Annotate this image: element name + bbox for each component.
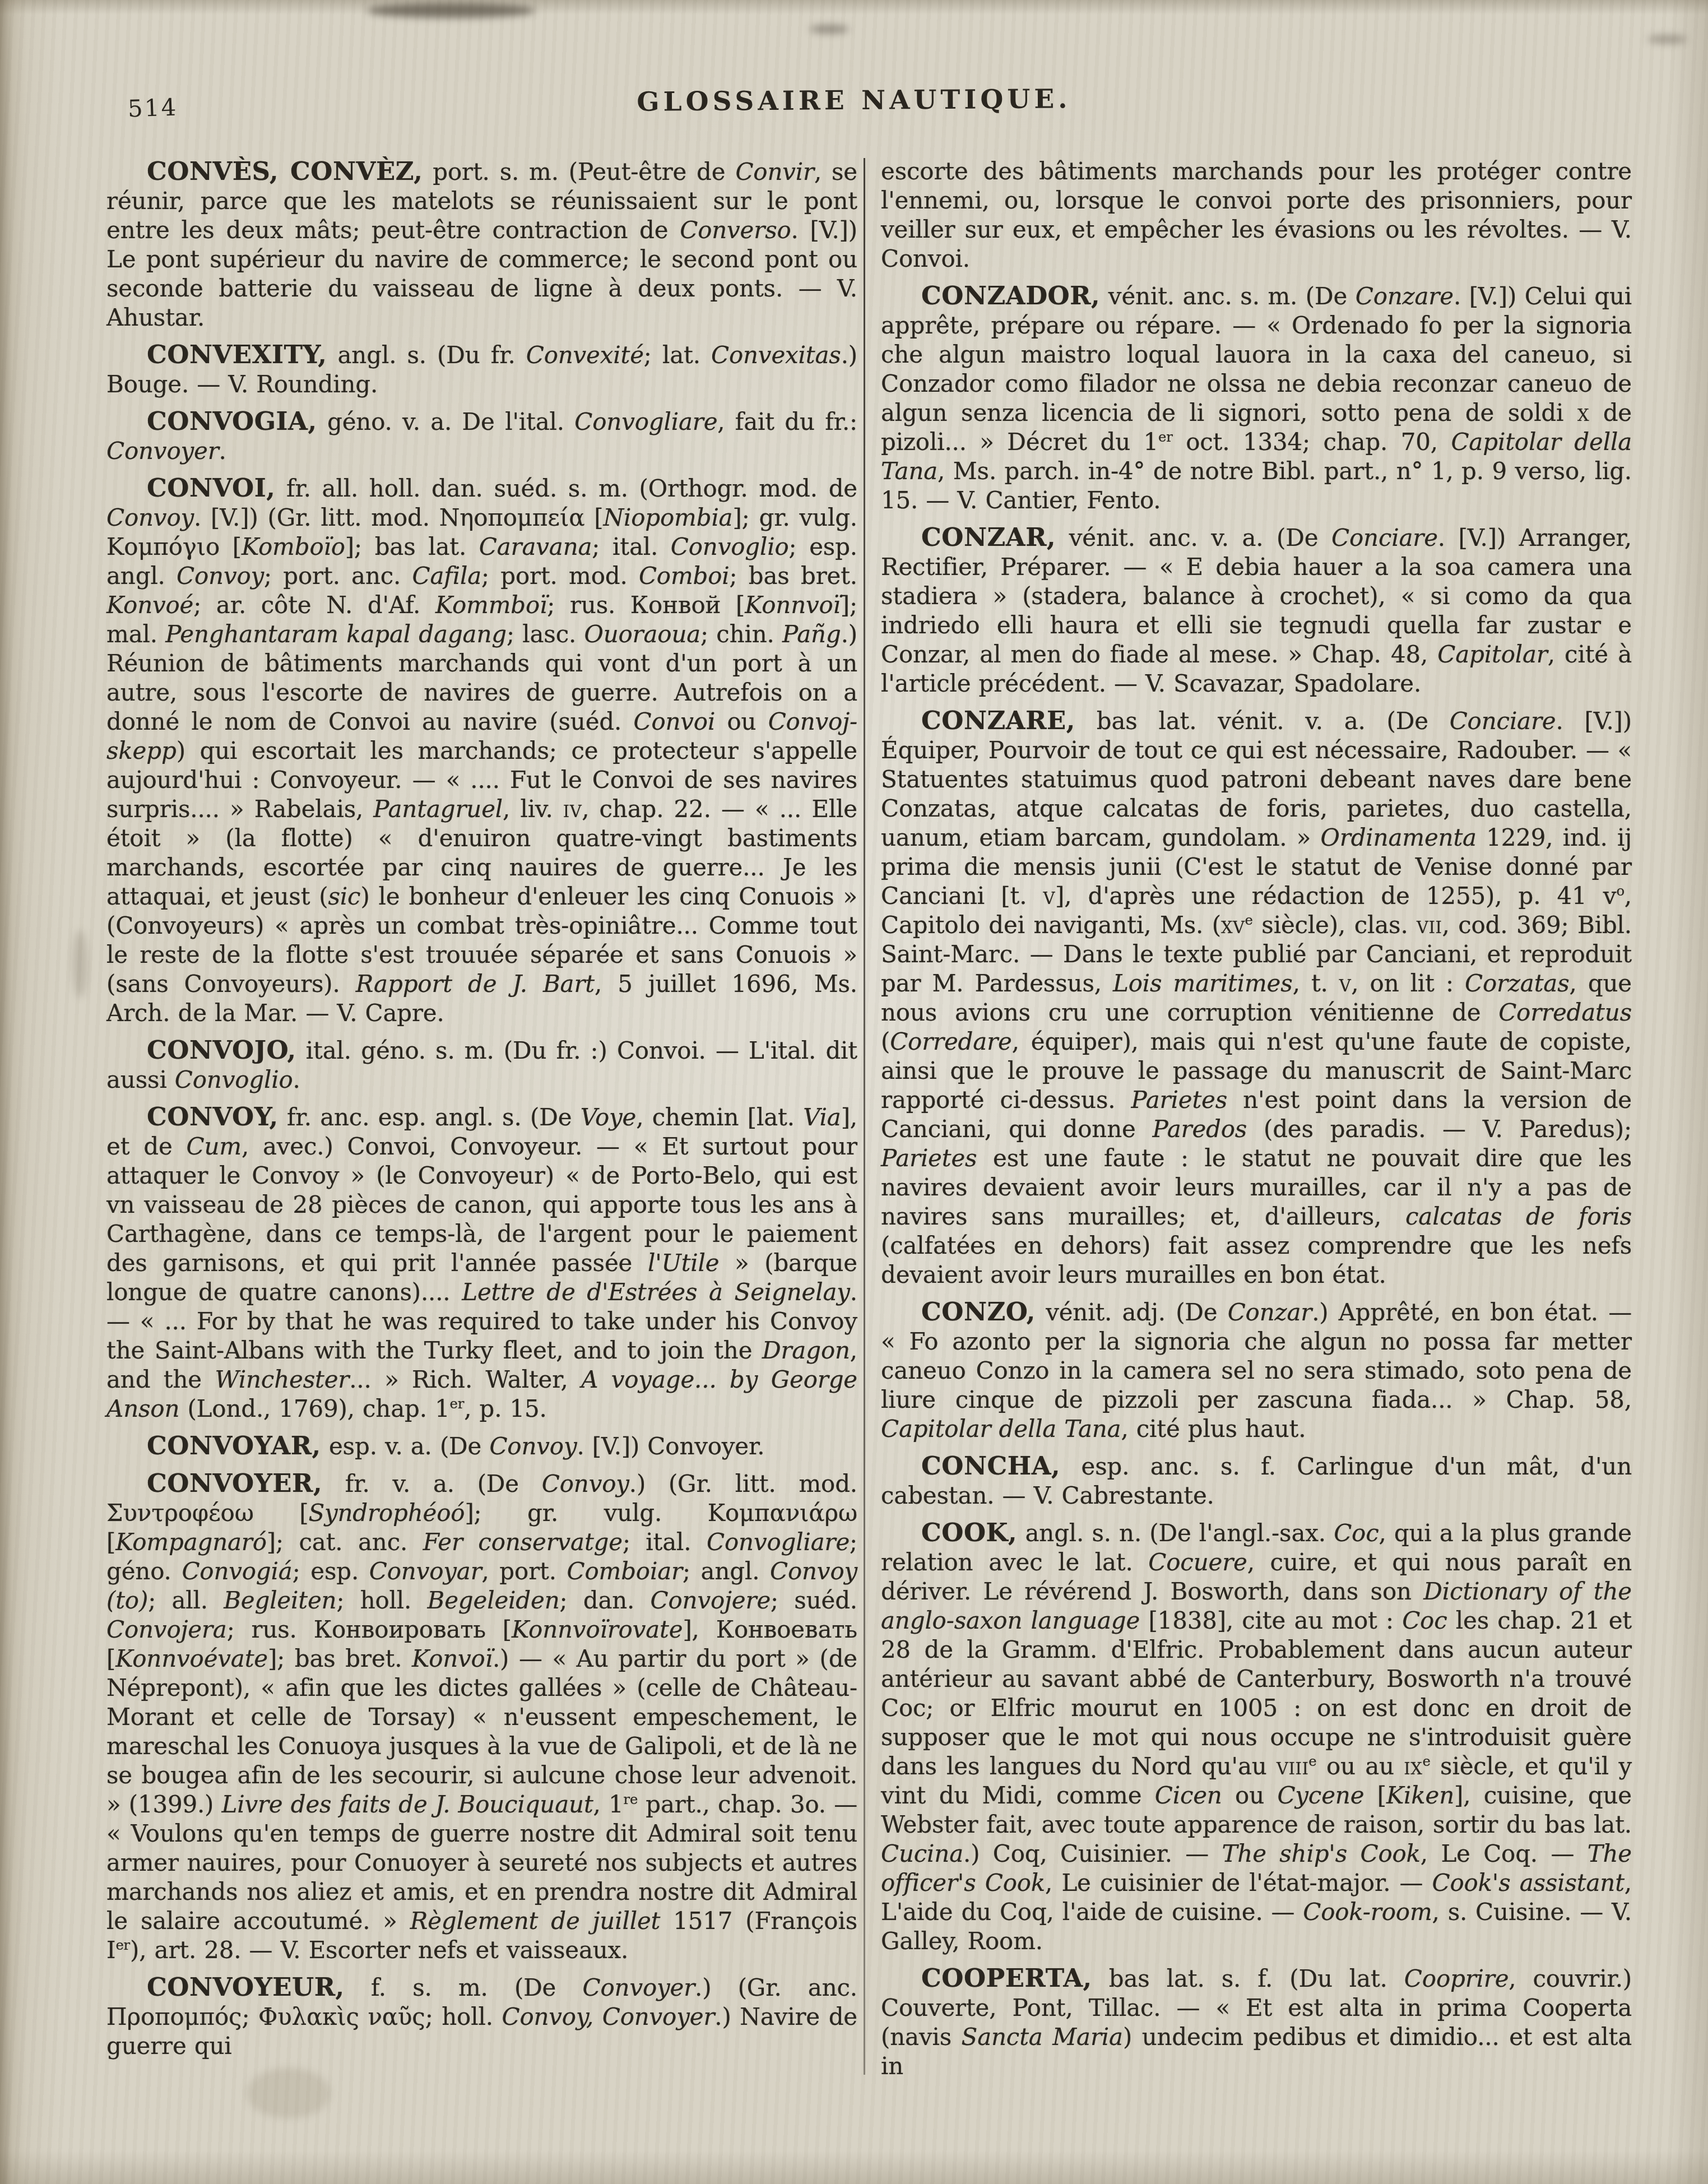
text-segment: , Ms. parch. in-4° de notre Bibl. part.,… <box>881 457 1632 514</box>
text-segment: siècle), clas. <box>1253 911 1417 939</box>
text-segment: ; dan. <box>560 1587 651 1614</box>
text-segment: bas lat. s. f. (Du lat. <box>1092 1965 1404 1992</box>
text-segment: fr. anc. esp. angl. s. (De <box>279 1103 581 1131</box>
text-segment: Cook's assistant <box>1432 1869 1624 1896</box>
text-segment: Penghantaram kapal dagang <box>165 620 507 648</box>
text-segment: angl. s. (Du fr. <box>327 341 526 369</box>
text-segment: Voye <box>581 1103 637 1131</box>
text-segment: Konnvoï <box>745 591 841 619</box>
text-segment: ; holl. <box>336 1587 427 1614</box>
text-segment: ; all. <box>148 1587 224 1614</box>
text-segment: , cité plus haut. <box>1121 1415 1306 1443</box>
page-title: GLOSSAIRE NAUTIQUE. <box>0 79 1708 122</box>
text-segment: ; esp. <box>293 1557 369 1585</box>
dictionary-entry-convoy: CONVOY, fr. anc. esp. angl. s. (De Voye,… <box>106 1102 857 1423</box>
scan-stain-bottom-left <box>247 2068 331 2118</box>
dictionary-entry-cooperta: COOPERTA, bas lat. s. f. (Du lat. Coopri… <box>881 1964 1632 2081</box>
text-segment: ou au <box>1317 1752 1404 1780</box>
text-segment: ]; cat. anc. <box>267 1528 423 1556</box>
text-segment: Pañg <box>782 620 841 648</box>
dictionary-entry-convoyer: CONVOYER, fr. v. a. (De Convoy.) (Gr. li… <box>106 1469 857 1965</box>
text-segment: ; port. anc. <box>264 562 412 590</box>
text-segment: [ <box>1364 1782 1386 1809</box>
text-segment: Sancta Maria <box>962 2023 1123 2051</box>
text-segment: vii <box>1417 911 1442 939</box>
text-segment: esp. v. a. (De <box>321 1432 490 1460</box>
dictionary-entry-cook: COOK, angl. s. n. (De l'angl.-sax. Coc, … <box>881 1518 1632 1956</box>
text-segment: v <box>1339 970 1351 997</box>
text-segment: Convoyer <box>583 1974 695 2001</box>
text-segment: , t. <box>1293 970 1339 997</box>
text-segment: Via <box>803 1103 841 1131</box>
text-segment: xv <box>1221 911 1245 939</box>
text-segment: Cicen <box>1155 1782 1222 1809</box>
text-segment: vénit. anc. v. a. (De <box>1056 524 1331 551</box>
text-segment: Convoyar <box>369 1557 482 1585</box>
text-segment: Niopombia <box>603 504 732 531</box>
text-segment: sic <box>328 883 361 910</box>
text-segment: ; lat. <box>644 341 711 369</box>
dictionary-entry-conves: CONVÈS, CONVÈZ, port. s. m. (Peut-être d… <box>106 157 857 332</box>
text-segment: Parietes <box>881 1144 977 1172</box>
text-segment: Cycene <box>1277 1782 1364 1809</box>
text-segment: bas lat. vénit. v. a. (De <box>1075 707 1450 735</box>
entry-headword: CONVOJO, <box>147 1035 296 1065</box>
text-segment: Convoglio <box>671 533 789 560</box>
dictionary-entry-convoyeur: CONVOYEUR, f. s. m. (De Convoyer.) (Gr. … <box>106 1973 857 2061</box>
text-segment: Convir <box>735 158 814 186</box>
text-segment: .) Coq, Cuisinier. — <box>963 1840 1222 1867</box>
text-segment: Fer conservatge <box>423 1528 623 1556</box>
text-segment: Convojere <box>651 1587 771 1614</box>
text-segment: er <box>449 1395 464 1412</box>
entry-headword: COOPERTA, <box>921 1963 1092 1993</box>
text-segment: oct. 1334; chap. 70, <box>1173 428 1451 456</box>
text-segment: Convoy <box>177 562 264 590</box>
text-segment: Convogliare <box>574 408 717 435</box>
text-segment: (calfatées en dehors) fait assez compren… <box>881 1232 1632 1288</box>
text-segment: Syndrophéoó <box>308 1499 465 1527</box>
text-segment: Corredatus <box>1498 999 1632 1026</box>
text-segment: ; bas bret. <box>730 562 857 590</box>
text-segment: Cucina <box>881 1840 963 1867</box>
text-segment: ; ar. côte N. d'Af. <box>193 591 435 619</box>
text-segment: Kompagnaró <box>115 1528 267 1556</box>
text-segment: Conciare <box>1331 524 1438 551</box>
text-segment: ; rus. Конвоировать [ <box>227 1616 512 1643</box>
text-segment: iv <box>563 795 582 823</box>
text-segment: ( <box>881 1028 890 1055</box>
text-segment: Conzare <box>1356 282 1454 310</box>
text-segment: Winchester <box>215 1366 350 1393</box>
text-segment: Dragon <box>762 1337 850 1364</box>
column-divider-rule <box>864 158 865 2075</box>
text-segment: , Le Coq. — <box>1421 1840 1588 1867</box>
text-segment: ix <box>1404 1752 1422 1780</box>
text-segment: , 1 <box>593 1791 624 1818</box>
text-segment: Convoy <box>489 1432 577 1460</box>
dictionary-entry-conzador: CONZADOR, vénit. anc. s. m. (De Conzare.… <box>881 281 1632 515</box>
text-segment: , p. 15. <box>464 1395 546 1422</box>
text-segment: Komboïo <box>242 533 345 560</box>
text-segment: Lois maritimes <box>1113 970 1293 997</box>
dictionary-entry-convoyeur-suite: escorte des bâtiments marchands pour les… <box>881 157 1632 273</box>
text-segment: e <box>1245 912 1253 928</box>
right-column: escorte des bâtiments marchands pour les… <box>881 157 1632 2089</box>
text-segment: ), art. 28. — V. Escorter nefs et vaisse… <box>130 1936 628 1964</box>
text-segment: Convoy <box>542 1470 629 1497</box>
text-segment: Conciare <box>1450 707 1556 735</box>
text-segment: Cook-room <box>1303 1898 1432 1926</box>
text-segment: Caravana <box>479 533 592 560</box>
text-segment: , chemin [lat. <box>636 1103 803 1131</box>
text-segment: fr. v. a. (De <box>322 1470 542 1497</box>
text-segment: e <box>1308 1753 1316 1769</box>
text-segment: , port. <box>482 1557 567 1585</box>
entry-headword: CONVOI, <box>147 473 275 503</box>
text-segment: ; lasc. <box>507 620 584 648</box>
text-segment: vénit. adj. (De <box>1036 1299 1228 1326</box>
entry-headword: CONVOYER, <box>147 1468 322 1498</box>
text-segment: Pantagruel <box>373 795 503 823</box>
dictionary-entry-convoi: CONVOI, fr. all. holl. dan. suéd. s. m. … <box>106 474 857 1028</box>
dictionary-entry-convoyar: CONVOYAR, esp. v. a. (De Convoy. [V.]) C… <box>106 1431 857 1461</box>
text-segment: vénit. anc. s. m. (De <box>1100 282 1355 310</box>
dictionary-entry-convojo: CONVOJO, ital. géno. s. m. (Du fr. :) Co… <box>106 1036 857 1095</box>
text-segment: ], d'après une rédaction de 1255), p. 41… <box>1055 882 1616 910</box>
entry-headword: CONVEXITY, <box>147 340 327 369</box>
text-segment: l'Utile <box>648 1249 720 1277</box>
text-segment: Parietes <box>1131 1086 1227 1114</box>
text-segment: (Lond., 1769), chap. 1 <box>179 1395 449 1422</box>
text-segment: Konvoï <box>412 1645 493 1672</box>
dictionary-entry-convexity: CONVEXITY, angl. s. (Du fr. Convexité; l… <box>106 340 857 399</box>
text-segment: e <box>1422 1753 1430 1769</box>
text-segment: Conzar <box>1228 1299 1312 1326</box>
entry-headword: CONVÈS, CONVÈZ, <box>147 156 423 186</box>
text-segment: Capitolar <box>1437 641 1547 668</box>
text-segment: Convogliare <box>707 1528 850 1556</box>
text-segment: ... » Rich. Walter, <box>349 1366 581 1393</box>
text-segment: , liv. <box>503 795 563 823</box>
entry-headword: CONVOY, <box>147 1102 279 1132</box>
scan-mark-left-margin <box>73 930 87 998</box>
entry-headword: CONCHA, <box>921 1451 1060 1481</box>
text-segment: Convoi <box>633 708 715 735</box>
text-segment: (des paradis. — V. Paredus); <box>1247 1115 1632 1143</box>
dictionary-entry-convogia: CONVOGIA, géno. v. a. De l'ital. Convogl… <box>106 407 857 466</box>
left-column: CONVÈS, CONVÈZ, port. s. m. (Peut-être d… <box>106 157 857 2069</box>
text-segment: Rapport de J. Bart <box>356 970 595 998</box>
text-segment: ; chin. <box>700 620 782 648</box>
text-segment: Convoy, Convoyer <box>502 2003 714 2030</box>
text-segment: Convoyer <box>106 437 219 465</box>
entry-headword: CONVOGIA, <box>147 406 317 436</box>
text-segment: x <box>1577 399 1589 426</box>
text-segment: Convojera <box>106 1616 227 1643</box>
text-segment: Cocuere <box>1148 1548 1247 1576</box>
text-segment: ; ital. <box>592 533 670 560</box>
text-segment: fr. all. holl. dan. suéd. s. m. (Orthogr… <box>275 475 857 502</box>
text-segment: . [V.]) Convoyer. <box>577 1432 764 1460</box>
text-segment: Begleiten <box>224 1587 336 1614</box>
text-segment: Capitolar della Tana <box>881 1415 1121 1443</box>
text-segment: angl. s. n. (De l'angl.-sax. <box>1017 1519 1334 1547</box>
scan-smudge-top-center <box>810 25 849 34</box>
entry-headword: COOK, <box>921 1518 1017 1547</box>
text-segment: Kommboï <box>435 591 547 619</box>
scanned-book-page: 514 GLOSSAIRE NAUTIQUE. CONVÈS, CONVÈZ, … <box>0 0 1708 2184</box>
text-segment: ; suéd. <box>771 1587 857 1614</box>
dictionary-entry-conzare: CONZARE, bas lat. vénit. v. a. (De Conci… <box>881 706 1632 1290</box>
text-segment: Livre des faits de J. Bouciquaut <box>222 1791 593 1818</box>
text-segment: Lettre de d'Estrées à Seignelay <box>462 1278 850 1306</box>
text-segment: Konvoé <box>106 591 193 619</box>
text-segment: Coc <box>1334 1519 1379 1547</box>
text-segment: Corzatas <box>1465 970 1570 997</box>
text-segment: Comboi <box>639 562 730 590</box>
scan-smudge-top <box>367 3 535 18</box>
text-segment: f. s. m. (De <box>345 1974 583 2001</box>
text-segment: ]; bas lat. <box>345 533 479 560</box>
text-segment: Konnvoévate <box>115 1645 268 1672</box>
text-segment: Coc <box>1402 1607 1447 1634</box>
text-segment: [1838], cite au mot : <box>1140 1607 1402 1634</box>
text-segment: Ouoraoua <box>584 620 700 648</box>
text-segment: Convexitas <box>711 341 841 369</box>
dictionary-entry-concha: CONCHA, esp. anc. s. f. Carlingue d'un m… <box>881 1452 1632 1510</box>
entry-headword: CONZARE, <box>921 706 1075 735</box>
text-segment: Konnvoïrovate <box>512 1616 683 1643</box>
text-segment: port. s. m. (Peut-être de <box>423 158 735 186</box>
text-segment: géno. v. a. De l'ital. <box>317 408 575 435</box>
entry-headword: CONZAR, <box>921 522 1056 552</box>
text-segment: ; port. mod. <box>481 562 639 590</box>
text-segment: , Le cuisinier de l'état-major. — <box>1045 1869 1432 1896</box>
text-segment: Règlement de juillet <box>410 1907 660 1935</box>
text-segment: ; ital. <box>623 1528 707 1556</box>
text-segment: er <box>1158 429 1173 445</box>
text-segment: ; rus. Конвой [ <box>547 591 745 619</box>
text-segment: , fait du fr.: <box>717 408 857 435</box>
text-segment: Kiken <box>1386 1782 1454 1809</box>
text-segment: ; angl. <box>683 1557 770 1585</box>
text-segment: Cum <box>186 1133 241 1160</box>
text-segment: Cooprire <box>1404 1965 1509 1992</box>
entry-headword: CONZO, <box>921 1297 1036 1327</box>
text-segment: viii <box>1277 1752 1308 1780</box>
dictionary-entry-conzar: CONZAR, vénit. anc. v. a. (De Conciare. … <box>881 523 1632 698</box>
text-segment: Convogiá <box>182 1557 292 1585</box>
entry-headword: CONVOYEUR, <box>147 1972 345 2002</box>
text-segment: Comboiar <box>567 1557 683 1585</box>
text-segment: . <box>219 437 226 465</box>
text-segment: Convoglio <box>175 1066 293 1093</box>
text-segment: Corredare <box>890 1028 1012 1055</box>
dictionary-entry-conzo: CONZO, vénit. adj. (De Conzar.) Apprêté,… <box>881 1297 1632 1444</box>
text-segment: ]; bas bret. <box>268 1645 412 1672</box>
text-segment: Ordinamenta <box>1321 824 1477 851</box>
text-segment: v <box>1043 882 1055 910</box>
text-segment: escorte des bâtiments marchands pour les… <box>881 157 1632 272</box>
text-segment: ou <box>715 708 768 735</box>
text-segment: Convexité <box>526 341 644 369</box>
text-segment: Converso <box>680 216 791 244</box>
scan-smudge-top-right <box>1647 35 1687 44</box>
text-segment: Paredos <box>1153 1115 1247 1143</box>
text-segment: The ship's Cook <box>1222 1840 1420 1867</box>
entry-headword: CONZADOR, <box>921 281 1100 310</box>
text-segment: Convoy <box>106 504 194 531</box>
text-segment: er <box>115 1937 130 1953</box>
text-segment: ou <box>1222 1782 1278 1809</box>
text-segment: re <box>623 1791 638 1807</box>
text-segment: calcatas de foris <box>1405 1203 1632 1230</box>
entry-headword: CONVOYAR, <box>147 1431 321 1460</box>
text-segment: . [V.]) (Gr. litt. mod. Νηοπομπεία [ <box>194 504 603 531</box>
text-segment: Cafila <box>412 562 481 590</box>
text-segment: . <box>293 1066 300 1093</box>
text-segment: , on lit : <box>1351 970 1465 997</box>
text-segment: o <box>1616 883 1624 899</box>
text-segment: Begeleiden <box>428 1587 560 1614</box>
